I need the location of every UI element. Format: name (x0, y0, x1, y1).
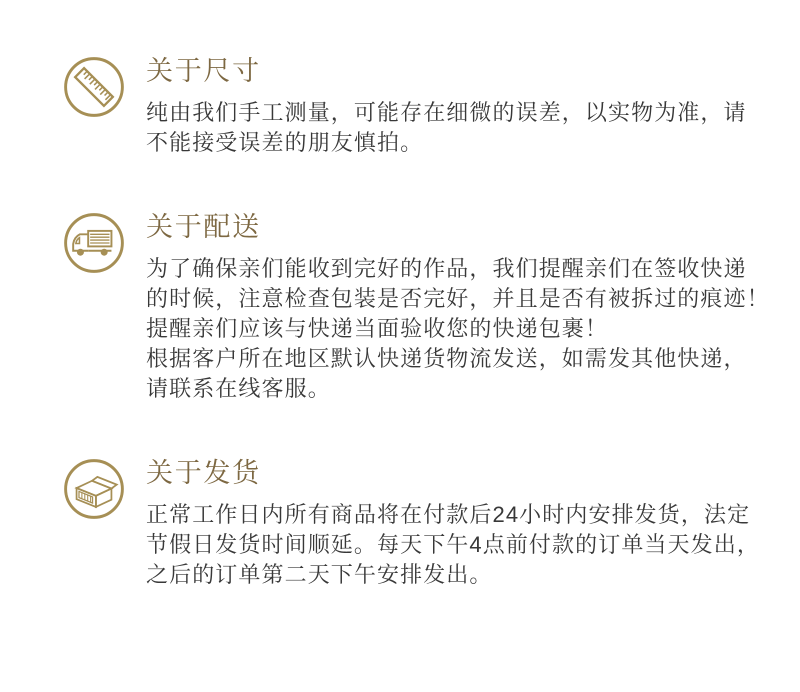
text-line: 之后的订单第二天下午安排发出。 (146, 560, 760, 590)
section-content: 关于尺寸 纯由我们手工测量，可能存在细微的误差，以实物为准，请 不能接受误差的朋… (146, 56, 760, 158)
section-content: 关于配送 为了确保亲们能收到完好的作品，我们提醒亲们在签收快递 的时候，注意检查… (146, 212, 770, 404)
text-line: 正常工作日内所有商品将在付款后24小时内安排发货，法定 (146, 500, 760, 530)
section-body: 纯由我们手工测量，可能存在细微的误差，以实物为准，请 不能接受误差的朋友慎拍。 (146, 98, 760, 158)
section-size: 关于尺寸 纯由我们手工测量，可能存在细微的误差，以实物为准，请 不能接受误差的朋… (63, 56, 760, 158)
text-line: 请联系在线客服。 (146, 374, 770, 404)
text-line: 根据客户所在地区默认快递货物流发送，如需发其他快递， (146, 344, 770, 374)
section-title: 关于发货 (146, 458, 760, 488)
ruler-icon (63, 56, 125, 118)
text-line: 为了确保亲们能收到完好的作品，我们提醒亲们在签收快递 (146, 254, 770, 284)
section-body: 为了确保亲们能收到完好的作品，我们提醒亲们在签收快递 的时候，注意检查包装是否完… (146, 254, 770, 404)
product-info-page: 关于尺寸 纯由我们手工测量，可能存在细微的误差，以实物为准，请 不能接受误差的朋… (0, 0, 800, 692)
text-line: 纯由我们手工测量，可能存在细微的误差，以实物为准，请 (146, 98, 760, 128)
box-icon (63, 458, 125, 520)
text-line: 的时候，注意检查包装是否完好，并且是否有被拆过的痕迹！ (146, 284, 770, 314)
section-body: 正常工作日内所有商品将在付款后24小时内安排发货，法定 节假日发货时间顺延。每天… (146, 500, 760, 590)
section-delivery: 关于配送 为了确保亲们能收到完好的作品，我们提醒亲们在签收快递 的时候，注意检查… (63, 212, 760, 404)
text-line: 不能接受误差的朋友慎拍。 (146, 128, 760, 158)
truck-icon (63, 212, 125, 274)
section-title: 关于尺寸 (146, 56, 760, 86)
section-content: 关于发货 正常工作日内所有商品将在付款后24小时内安排发货，法定 节假日发货时间… (146, 458, 760, 590)
section-shipping: 关于发货 正常工作日内所有商品将在付款后24小时内安排发货，法定 节假日发货时间… (63, 458, 760, 590)
section-title: 关于配送 (146, 212, 770, 242)
text-line: 节假日发货时间顺延。每天下午4点前付款的订单当天发出， (146, 530, 760, 560)
text-line: 提醒亲们应该与快递当面验收您的快递包裹！ (146, 314, 770, 344)
